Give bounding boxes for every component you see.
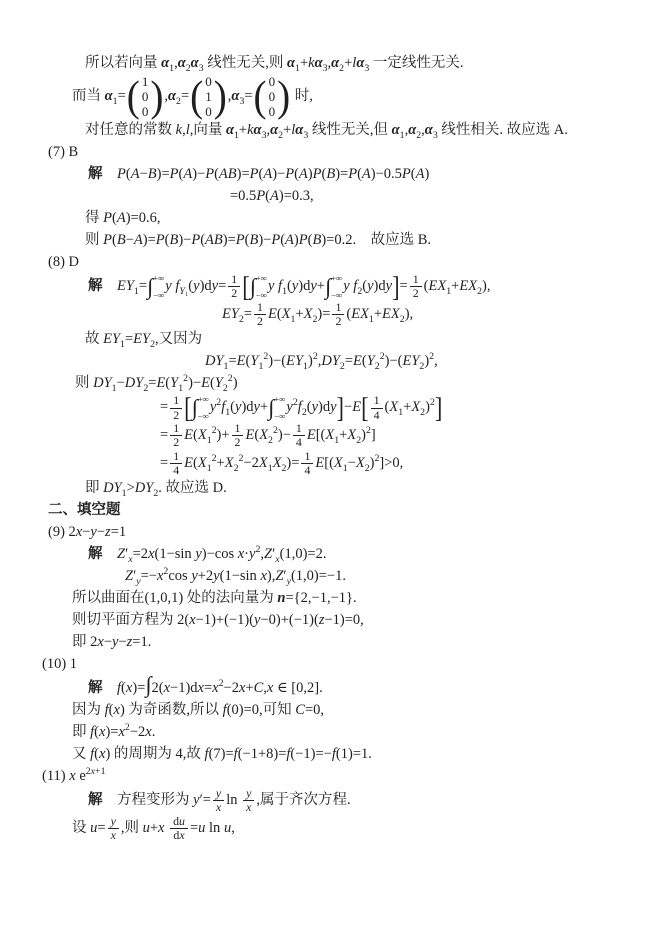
integral: ∫	[145, 672, 151, 697]
doc-line: 即 f(x)=x2−2x.	[72, 721, 660, 743]
math-run: =12[∫+∞−∞y2f1(y)dy+∫+∞−∞y2f2(y)dy]−E[14(…	[160, 399, 442, 415]
fraction: 12	[228, 273, 240, 301]
math-run: f(x)	[90, 746, 110, 762]
math-run: =14E(X12+X22−2X1X2)=14E[(X1−X2)2]>0,	[160, 455, 403, 471]
math-run: P(A−B)=P(A)−P(AB)=P(A)−P(A)P(B)=P(A)−0.5…	[117, 166, 429, 182]
fraction: yx	[108, 815, 119, 843]
text-run: ,向量	[190, 122, 226, 138]
fraction: 12	[170, 394, 182, 422]
math-run: Z′x=2x(1−sin y)−cos x·y2,Z′x(1,0)=2.	[117, 546, 326, 562]
text-run: 所以曲面在	[72, 590, 145, 606]
doc-line: (8) D	[48, 251, 660, 273]
doc-line: =12E(X12)+12E(X22)−14E[(X1+X2)2]	[160, 422, 660, 450]
math-run: 2x−y−z=1.	[90, 634, 151, 650]
fraction: dudx	[170, 815, 188, 843]
text-run: 的周期为 4,故	[110, 746, 204, 762]
fraction: 14	[170, 450, 182, 478]
text-run: 解	[88, 546, 117, 562]
doc-line: 解 P(A−B)=P(A)−P(AB)=P(A)−P(A)P(B)=P(A)−0…	[88, 163, 660, 185]
doc-line: 解 方程变形为 y′=yxln yx,属于齐次方程.	[88, 787, 660, 815]
text-run: 又	[72, 746, 90, 762]
math-run: EY1=∫+∞−∞y fY₁(y)dy=12[∫+∞−∞y f1(y)dy+∫+…	[117, 278, 490, 294]
math-run: x e2x+1	[69, 768, 105, 784]
doc-line: =12[∫+∞−∞y2f1(y)dy+∫+∞−∞y2f2(y)dy]−E[14(…	[160, 394, 660, 422]
fraction: 12	[170, 422, 182, 450]
math-run: (1,0,1)	[145, 590, 184, 606]
text-run: 则切平面方程为	[72, 612, 177, 628]
fraction: 14	[301, 450, 313, 478]
textbook-page: 所以若向量 α1,α2α3 线性无关,则 α1+kα3,α2+lα3 一定线性无…	[0, 0, 660, 842]
doc-line: 所以曲面在(1,0,1) 处的法向量为 n={2,−1,−1}.	[72, 587, 660, 609]
math-run: α1=(100),α2=(010),α3=(000)	[105, 88, 292, 104]
math-run: DY1−DY2=E(Y12)−E(Y22)	[93, 375, 237, 391]
integral: ∫+∞−∞	[268, 395, 286, 420]
doc-line: 而当 α1=(100),α2=(010),α3=(000) 时,	[72, 74, 660, 119]
text-run: 故	[85, 331, 103, 347]
text-run: 故应选 D.	[162, 480, 227, 496]
text-run: 所以若向量	[85, 55, 161, 71]
text-run: 二、填空题	[48, 502, 121, 518]
doc-line: 即 2x−y−z=1.	[72, 631, 660, 653]
fraction: 14	[293, 422, 305, 450]
doc-line: 则 P(B−A)=P(B)−P(AB)=P(B)−P(A)P(B)=0.2. 故…	[85, 229, 660, 251]
text-run: 线性无关,但	[308, 122, 391, 138]
math-run: =12E(X12)+12E(X22)−14E[(X1+X2)2]	[160, 427, 376, 443]
text-run: ,又因为	[155, 331, 202, 347]
text-run: 时,	[291, 88, 313, 104]
text-run: 解	[88, 166, 117, 182]
doc-line: EY2=12E(X1+X2)=12(EX1+EX2),	[222, 301, 660, 329]
text-run: 即	[72, 634, 90, 650]
text-run: ,可知	[259, 702, 295, 718]
text-run: 为奇函数,所以	[125, 702, 223, 718]
doc-line: 解 Z′x=2x(1−sin y)−cos x·y2,Z′x(1,0)=2.	[88, 543, 660, 565]
text-run: 因为	[72, 702, 105, 718]
math-run: n={2,−1,−1}.	[277, 590, 356, 606]
doc-line: 二、填空题	[48, 499, 660, 521]
doc-line: 对任意的常数 k,l,向量 α1+kα3,α2+lα3 线性无关,但 α1,α2…	[85, 119, 660, 141]
integral: ∫+∞−∞	[147, 274, 165, 299]
text-run: 处的法向量为	[183, 590, 277, 606]
text-run: 对任意的常数	[85, 122, 176, 138]
math-run: f(0)=0	[223, 702, 259, 718]
math-run: α1,α2α3	[161, 55, 203, 71]
math-run: DY1>DY2.	[103, 480, 162, 496]
math-run: EY1=EY2	[103, 331, 155, 347]
fraction: 12	[332, 301, 344, 329]
doc-line: 解 EY1=∫+∞−∞y fY₁(y)dy=12[∫+∞−∞y f1(y)dy+…	[88, 273, 660, 301]
doc-line: 即 DY1>DY2. 故应选 D.	[85, 477, 660, 499]
doc-line: DY1=E(Y12)−(EY1)2,DY2=E(Y22)−(EY2)2,	[205, 350, 660, 372]
text-run: (11)	[42, 768, 69, 784]
math-run: f(x)=x2−2x.	[90, 724, 155, 740]
doc-line: (10) 1	[42, 653, 660, 675]
text-run: (10) 1	[42, 656, 77, 672]
math-run: f(x)	[105, 702, 125, 718]
text-run: (7) B	[48, 144, 78, 160]
text-run: 解	[88, 278, 117, 294]
math-run: y′=yxln yx	[193, 792, 256, 808]
document-body: 所以若向量 α1,α2α3 线性无关,则 α1+kα3,α2+lα3 一定线性无…	[0, 52, 660, 842]
text-run: (9)	[48, 524, 69, 540]
doc-line: 得 P(A)=0.6,	[85, 207, 660, 229]
text-run: 解	[88, 680, 117, 696]
text-run: 而当	[72, 88, 105, 104]
math-run: α1+kα3,α2+lα3	[287, 55, 369, 71]
math-run: DY1=E(Y12)−(EY1)2,DY2=E(Y22)−(EY2)2,	[205, 353, 438, 369]
fraction: 14	[371, 394, 383, 422]
text-run: ,	[320, 702, 324, 718]
fraction: 12	[232, 422, 244, 450]
text-run: 即	[85, 480, 103, 496]
column-vector: (010)	[190, 74, 227, 119]
fraction: 12	[254, 301, 266, 329]
math-run: u=yx	[90, 820, 121, 836]
text-run: 线性无关,则	[204, 55, 287, 71]
math-run: =0.5P(A)=0.3,	[230, 188, 314, 204]
fraction: 12	[410, 273, 422, 301]
doc-line: =0.5P(A)=0.3,	[230, 185, 660, 207]
math-run: EY2=12E(X1+X2)=12(EX1+EX2),	[222, 306, 413, 322]
math-run: α1+kα3,α2+lα3	[226, 122, 308, 138]
doc-line: 设 u=yx,则 u+x dudx=u ln u,	[72, 815, 660, 843]
math-run: C=0	[295, 702, 320, 718]
doc-line: 解 f(x)=∫2(x−1)dx=x2−2x+C,x ∈ [0,2].	[88, 675, 660, 699]
column-vector: (000)	[254, 74, 291, 119]
math-run: k,l	[176, 122, 190, 138]
text-run: 即	[72, 724, 90, 740]
text-run: (8) D	[48, 254, 79, 270]
text-run: 设	[72, 820, 90, 836]
text-run: 则	[85, 232, 103, 248]
text-run: 线性相关. 故应选 A.	[438, 122, 568, 138]
doc-line: (7) B	[48, 141, 660, 163]
doc-line: (11) x e2x+1	[42, 765, 660, 787]
doc-line: (9) 2x−y−z=1	[48, 521, 660, 543]
math-run: 2x−y−z=1	[69, 524, 127, 540]
text-run: 故应选 B.	[356, 232, 431, 248]
fraction: yx	[243, 787, 254, 815]
doc-line: =14E(X12+X22−2X1X2)=14E[(X1−X2)2]>0,	[160, 450, 660, 478]
doc-line: Z′y=−x2cos y+2y(1−sin x),Z′y(1,0)=−1.	[125, 565, 660, 587]
integral: ∫+∞−∞	[325, 274, 343, 299]
doc-line: 故 EY1=EY2,又因为	[85, 328, 660, 350]
math-run: f(7)=f(−1+8)=f(−1)=−f(1)=1.	[205, 746, 372, 762]
math-run: P(A)=0.6,	[103, 210, 160, 226]
doc-line: 因为 f(x) 为奇函数,所以 f(0)=0,可知 C=0,	[72, 699, 660, 721]
text-run: 得	[85, 210, 103, 226]
text-run: 则	[75, 375, 93, 391]
math-run: f(x)=∫2(x−1)dx=x2−2x+C,x ∈ [0,2].	[117, 680, 323, 696]
integral: ∫+∞−∞	[250, 274, 268, 299]
math-run: Z′y=−x2cos y+2y(1−sin x),Z′y(1,0)=−1.	[125, 568, 346, 584]
integral: ∫+∞−∞	[192, 395, 210, 420]
doc-line: 所以若向量 α1,α2α3 线性无关,则 α1+kα3,α2+lα3 一定线性无…	[85, 52, 660, 74]
text-run: ,则	[121, 820, 143, 836]
text-run: ,属于齐次方程.	[256, 792, 350, 808]
text-run: 解 方程变形为	[88, 792, 193, 808]
doc-line: 又 f(x) 的周期为 4,故 f(7)=f(−1+8)=f(−1)=−f(1)…	[72, 743, 660, 765]
column-vector: (100)	[127, 74, 164, 119]
math-run: 2(x−1)+(−1)(y−0)+(−1)(z−1)=0,	[177, 612, 364, 628]
fraction: yx	[213, 787, 224, 815]
math-run: α1,α2,α3	[392, 122, 438, 138]
text-run: 一定线性无关.	[369, 55, 463, 71]
math-run: u+x dudx=u ln u,	[143, 820, 235, 836]
math-run: P(B−A)=P(B)−P(AB)=P(B)−P(A)P(B)=0.2.	[103, 232, 356, 248]
doc-line: 则切平面方程为 2(x−1)+(−1)(y−0)+(−1)(z−1)=0,	[72, 609, 660, 631]
